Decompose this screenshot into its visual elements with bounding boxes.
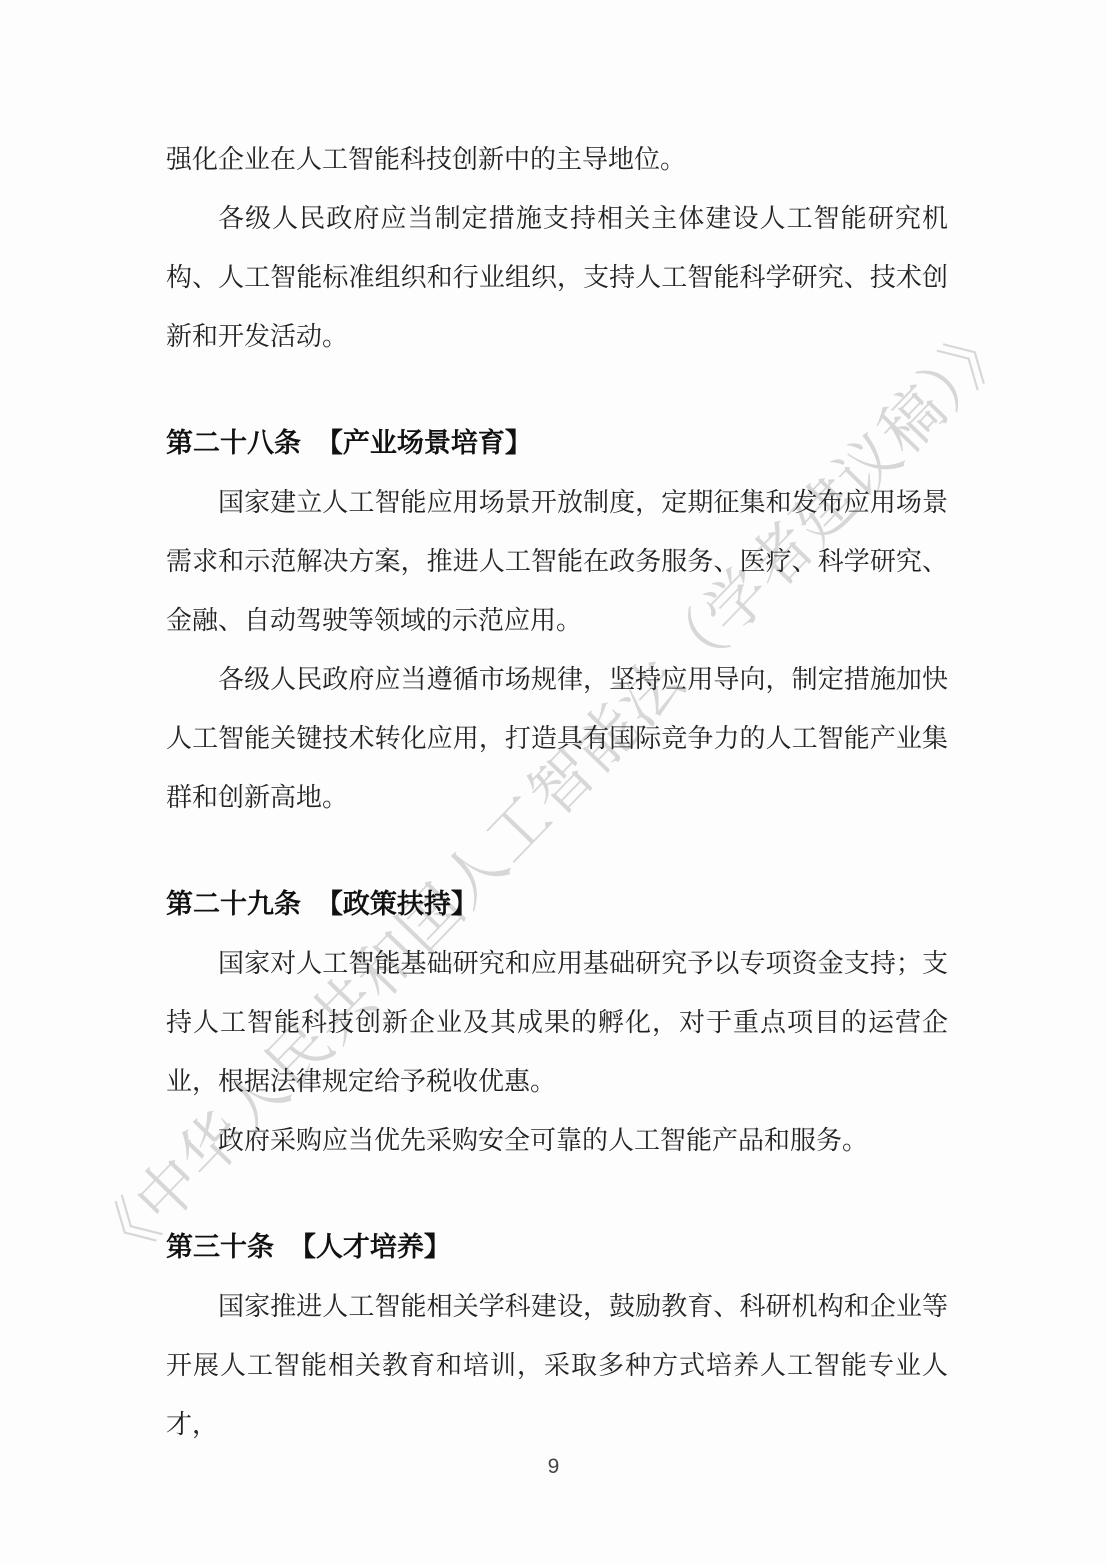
page-number: 9 xyxy=(0,1455,1107,1479)
article-heading-28: 第二十八条【产业场景培育】 xyxy=(166,414,948,473)
article-heading-29: 第二十九条【政策扶持】 xyxy=(166,875,948,934)
article-heading-30: 第三十条【人才培养】 xyxy=(166,1218,948,1277)
article-number: 第二十八条 xyxy=(166,428,301,458)
article-title: 【产业场景培育】 xyxy=(316,428,532,458)
article-number: 第二十九条 xyxy=(166,889,301,919)
body-paragraph: 各级人民政府应当制定措施支持相关主体建设人工智能研究机构、人工智能标准组织和行业… xyxy=(166,189,948,366)
article-title: 【人才培养】 xyxy=(289,1232,451,1262)
document-page: 《中华人民共和国人工智能法（学者建议稿）》 强化企业在人工智能科技创新中的主导地… xyxy=(0,0,1107,1565)
body-paragraph: 国家对人工智能基础研究和应用基础研究予以专项资金支持；支持人工智能科技创新企业及… xyxy=(166,934,948,1111)
continuation-paragraph: 强化企业在人工智能科技创新中的主导地位。 xyxy=(166,130,948,189)
article-number: 第三十条 xyxy=(166,1232,274,1262)
article-title: 【政策扶持】 xyxy=(316,889,478,919)
body-paragraph: 各级人民政府应当遵循市场规律，坚持应用导向，制定措施加快人工智能关键技术转化应用… xyxy=(166,650,948,827)
body-paragraph: 政府采购应当优先采购安全可靠的人工智能产品和服务。 xyxy=(166,1111,948,1170)
body-paragraph: 国家推进人工智能相关学科建设，鼓励教育、科研机构和企业等开展人工智能相关教育和培… xyxy=(166,1277,948,1454)
body-paragraph: 国家建立人工智能应用场景开放制度，定期征集和发布应用场景需求和示范解决方案，推进… xyxy=(166,473,948,650)
document-body: 强化企业在人工智能科技创新中的主导地位。 各级人民政府应当制定措施支持相关主体建… xyxy=(0,0,1107,1454)
